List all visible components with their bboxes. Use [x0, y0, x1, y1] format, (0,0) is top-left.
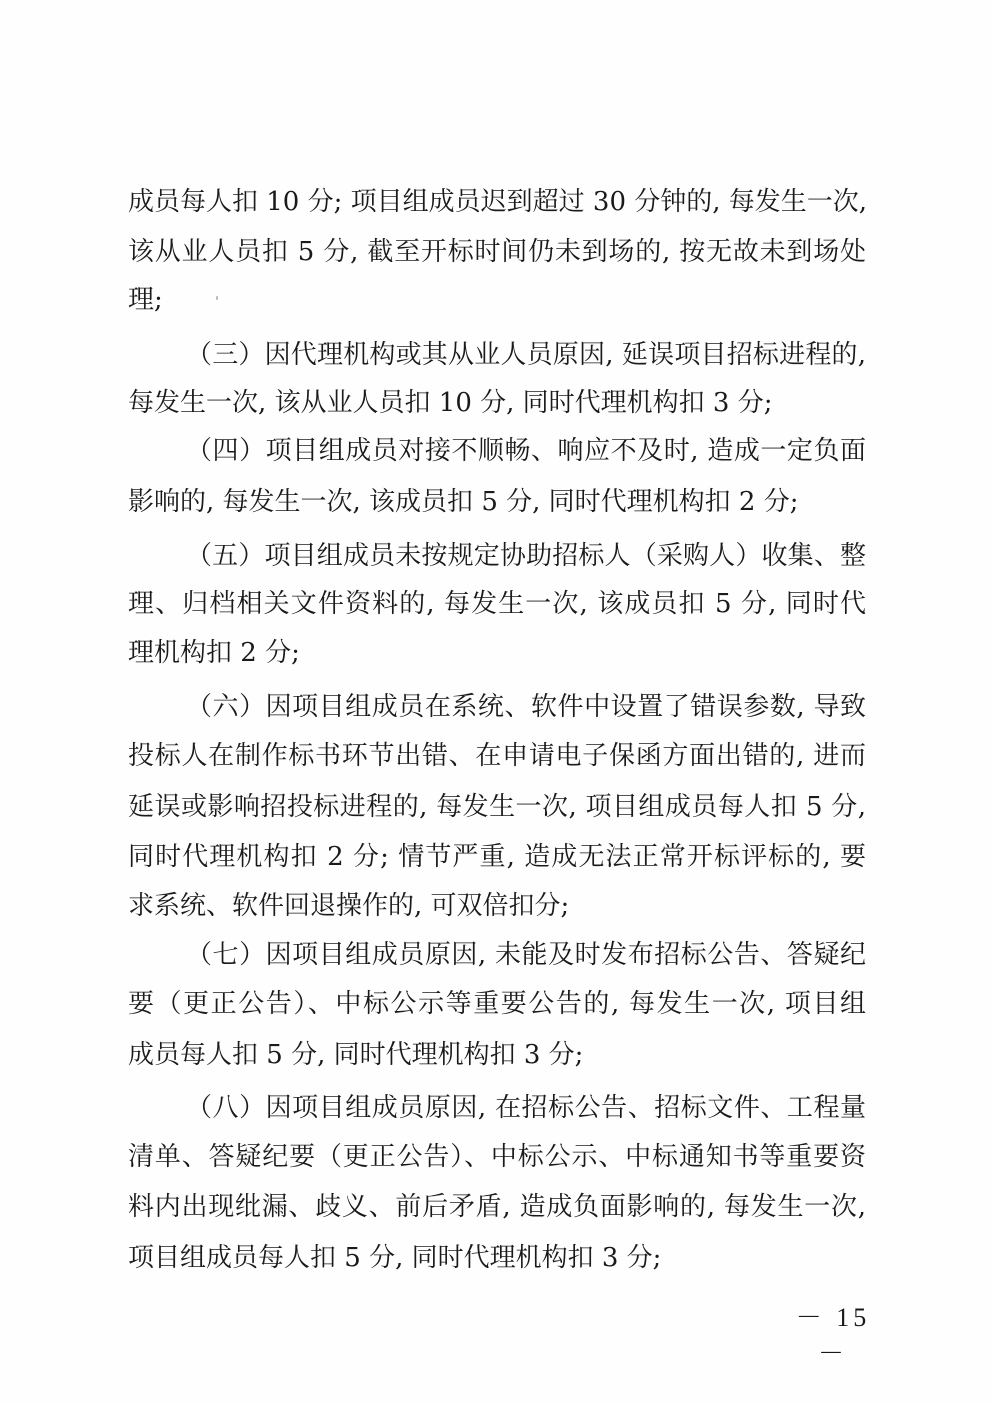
- text-line: 理;: [128, 282, 866, 318]
- text-line: （三）因代理机构或其从业人员原因, 延误项目招标进程的,: [186, 337, 866, 373]
- text-line: 要（更正公告）、中标公示等重要公告的, 每发生一次, 项目组: [128, 986, 866, 1022]
- text-line: （六）因项目组成员在系统、软件中设置了错误参数, 导致: [186, 689, 866, 725]
- text-line: 影响的, 每发生一次, 该成员扣 5 分, 同时代理机构扣 2 分;: [128, 484, 866, 520]
- text-line: 清单、答疑纪要（更正公告）、中标公示、中标通知书等重要资: [128, 1139, 866, 1175]
- text-line: （四）项目组成员对接不顺畅、响应不及时, 造成一定负面: [186, 433, 866, 469]
- text-line: 每发生一次, 该从业人员扣 10 分, 同时代理机构扣 3 分;: [128, 385, 866, 421]
- text-line: （七）因项目组成员原因, 未能及时发布招标公告、答疑纪: [186, 937, 866, 973]
- page-number: － 15 －: [788, 1300, 878, 1336]
- text-line: 延误或影响招投标进程的, 每发生一次, 项目组成员每人扣 5 分,: [128, 789, 866, 825]
- text-line: （八）因项目组成员原因, 在招标公告、招标文件、工程量: [186, 1090, 866, 1126]
- text-line: 料内出现纰漏、歧义、前后矛盾, 造成负面影响的, 每发生一次,: [128, 1189, 866, 1225]
- text-line: 理机构扣 2 分;: [128, 635, 866, 671]
- document-page: 成员每人扣 10 分; 项目组成员迟到超过 30 分钟的, 每发生一次, 该从业…: [0, 0, 992, 1403]
- text-line: 投标人在制作标书环节出错、在申请电子保函方面出错的, 进而: [128, 738, 866, 774]
- text-line: 同时代理机构扣 2 分; 情节严重, 造成无法正常开标评标的, 要: [128, 839, 866, 875]
- text-line: 求系统、软件回退操作的, 可双倍扣分;: [128, 888, 866, 924]
- text-line: 理、归档相关文件资料的, 每发生一次, 该成员扣 5 分, 同时代: [128, 586, 866, 622]
- text-line: （五）项目组成员未按规定协助招标人（采购人）收集、整: [186, 538, 866, 574]
- text-line: 该从业人员扣 5 分, 截至开标时间仍未到场的, 按无故未到场处: [128, 234, 866, 270]
- text-line: 项目组成员每人扣 5 分, 同时代理机构扣 3 分;: [128, 1240, 866, 1276]
- text-line: 成员每人扣 10 分; 项目组成员迟到超过 30 分钟的, 每发生一次,: [128, 184, 866, 220]
- text-line: 成员每人扣 5 分, 同时代理机构扣 3 分;: [128, 1037, 866, 1073]
